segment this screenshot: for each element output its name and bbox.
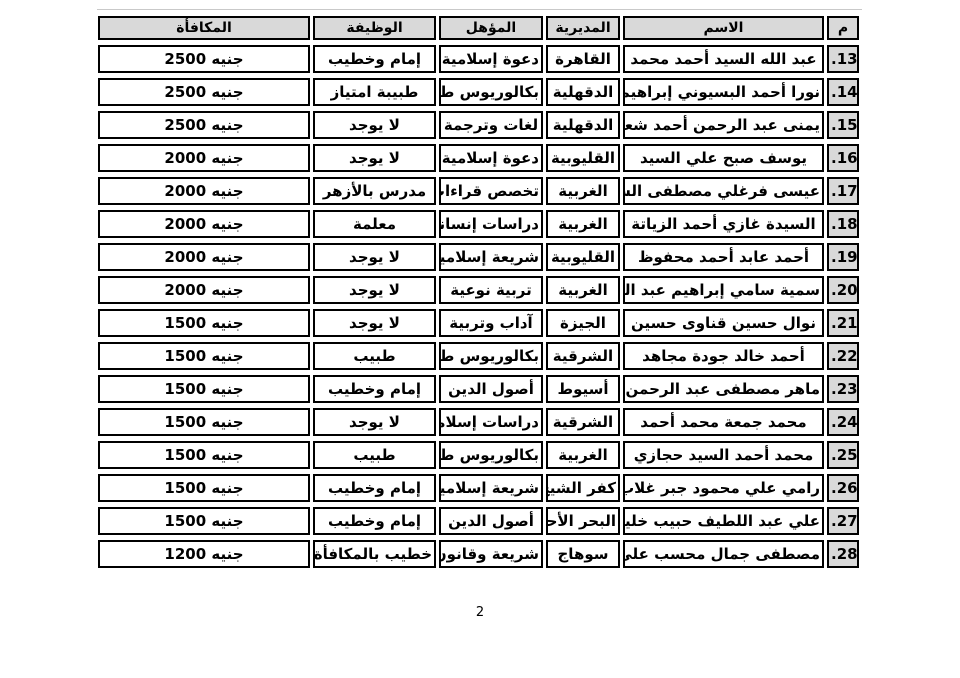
table-row: .16يوسف صبح علي السيدالقليوبيةدعوة إسلام… (98, 144, 859, 172)
cell-directorate: الدقهلية (546, 111, 620, 139)
cell-directorate: أسيوط (546, 375, 620, 403)
cell-number: .24 (827, 408, 859, 436)
cell-reward: 2000 جنيه (98, 210, 310, 238)
table-row: .13عبد الله السيد أحمد محمدالقاهرةدعوة إ… (98, 45, 859, 73)
cell-number: .13 (827, 45, 859, 73)
cell-job: طبيب (313, 342, 436, 370)
cell-name: نوال حسين قناوى حسين (623, 309, 824, 337)
table-header-row: م الاسم المديرية المؤهل الوظيفة المكافأة (98, 16, 859, 40)
cell-reward: 2500 جنيه (98, 45, 310, 73)
cell-job: لا يوجد (313, 243, 436, 271)
cell-name: أحمد عابد أحمد محفوظ (623, 243, 824, 271)
table-row: .23ماهر مصطفى عبد الرحمن عبد الحافظأسيوط… (98, 375, 859, 403)
table-row: .24محمد جمعة محمد أحمدالشرقيةدراسات إسلا… (98, 408, 859, 436)
cell-number: .28 (827, 540, 859, 568)
cell-name: سمية سامي إبراهيم عبد الدايم (623, 276, 824, 304)
cell-qualification: دعوة إسلامية (439, 144, 543, 172)
cell-reward: 1500 جنيه (98, 408, 310, 436)
page-top-rule (97, 9, 862, 10)
cell-qualification: دراسات إسلامية (439, 408, 543, 436)
cell-number: .27 (827, 507, 859, 535)
cell-reward: 1500 جنيه (98, 375, 310, 403)
cell-qualification: بكالوريوس طب (439, 78, 543, 106)
cell-reward: 1200 جنيه (98, 540, 310, 568)
cell-qualification: بكالوريوس طب (439, 441, 543, 469)
cell-number: .15 (827, 111, 859, 139)
cell-number: .20 (827, 276, 859, 304)
cell-job: معلمة (313, 210, 436, 238)
column-header-directorate: المديرية (546, 16, 620, 40)
table-row: .28مصطفى جمال محسب عليسوهاجشريعة وقانونخ… (98, 540, 859, 568)
cell-qualification: لغات وترجمة (439, 111, 543, 139)
cell-number: .21 (827, 309, 859, 337)
cell-qualification: شريعة إسلامية (439, 474, 543, 502)
cell-directorate: الشرقية (546, 342, 620, 370)
cell-directorate: الغربية (546, 177, 620, 205)
cell-directorate: البحر الأحمر (546, 507, 620, 535)
cell-qualification: تخصص قراءات (439, 177, 543, 205)
cell-name: مصطفى جمال محسب علي (623, 540, 824, 568)
cell-name: أحمد خالد جودة مجاهد (623, 342, 824, 370)
cell-job: طبيبة امتياز (313, 78, 436, 106)
column-header-number: م (827, 16, 859, 40)
cell-job: لا يوجد (313, 408, 436, 436)
cell-name: يمنى عبد الرحمن أحمد شعبان (623, 111, 824, 139)
table-row: .25محمد أحمد السيد حجازيالغربيةبكالوريوس… (98, 441, 859, 469)
cell-job: إمام وخطيب (313, 474, 436, 502)
document-page: م الاسم المديرية المؤهل الوظيفة المكافأة… (0, 0, 960, 678)
cell-job: لا يوجد (313, 111, 436, 139)
table-row: .18السيدة غازي أحمد الزياتةالغربيةدراسات… (98, 210, 859, 238)
cell-job: إمام وخطيب (313, 507, 436, 535)
cell-reward: 2000 جنيه (98, 177, 310, 205)
table-row: .20سمية سامي إبراهيم عبد الدايمالغربيةتر… (98, 276, 859, 304)
table-row: .14نورا أحمد البسيوني إبراهيمالدقهليةبكا… (98, 78, 859, 106)
recipients-table: م الاسم المديرية المؤهل الوظيفة المكافأة… (95, 11, 862, 573)
cell-name: علي عبد اللطيف حبيب خليف (623, 507, 824, 535)
cell-number: .18 (827, 210, 859, 238)
cell-directorate: سوهاج (546, 540, 620, 568)
cell-reward: 1500 جنيه (98, 309, 310, 337)
table-row: .22أحمد خالد جودة مجاهدالشرقيةبكالوريوس … (98, 342, 859, 370)
cell-number: .16 (827, 144, 859, 172)
cell-name: السيدة غازي أحمد الزياتة (623, 210, 824, 238)
cell-job: إمام وخطيب (313, 45, 436, 73)
cell-number: .23 (827, 375, 859, 403)
table-row: .15يمنى عبد الرحمن أحمد شعبانالدقهليةلغا… (98, 111, 859, 139)
cell-qualification: آداب وتربية (439, 309, 543, 337)
cell-directorate: الدقهلية (546, 78, 620, 106)
cell-job: لا يوجد (313, 144, 436, 172)
cell-name: رامي علي محمود جبر غلاب (623, 474, 824, 502)
cell-reward: 2000 جنيه (98, 243, 310, 271)
cell-name: يوسف صبح علي السيد (623, 144, 824, 172)
cell-directorate: الغربية (546, 441, 620, 469)
cell-qualification: دراسات إنسانية (439, 210, 543, 238)
cell-reward: 1500 جنيه (98, 342, 310, 370)
cell-job: طبيب (313, 441, 436, 469)
cell-reward: 2500 جنيه (98, 111, 310, 139)
cell-number: .22 (827, 342, 859, 370)
column-header-name: الاسم (623, 16, 824, 40)
cell-reward: 1500 جنيه (98, 441, 310, 469)
cell-qualification: دعوة إسلامية (439, 45, 543, 73)
cell-number: .26 (827, 474, 859, 502)
cell-job: خطيب بالمكافأة (313, 540, 436, 568)
cell-qualification: تربية نوعية (439, 276, 543, 304)
table-row: .26رامي علي محمود جبر غلابكفر الشيخشريعة… (98, 474, 859, 502)
cell-name: محمد جمعة محمد أحمد (623, 408, 824, 436)
cell-number: .14 (827, 78, 859, 106)
cell-job: لا يوجد (313, 309, 436, 337)
cell-directorate: القاهرة (546, 45, 620, 73)
column-header-reward: المكافأة (98, 16, 310, 40)
cell-name: محمد أحمد السيد حجازي (623, 441, 824, 469)
page-number: 2 (470, 605, 490, 620)
cell-job: إمام وخطيب (313, 375, 436, 403)
table-body: .13عبد الله السيد أحمد محمدالقاهرةدعوة إ… (98, 45, 859, 568)
cell-qualification: أصول الدين (439, 375, 543, 403)
table-row: .19أحمد عابد أحمد محفوظالقليوبيةشريعة إس… (98, 243, 859, 271)
cell-name: نورا أحمد البسيوني إبراهيم (623, 78, 824, 106)
cell-directorate: القليوبية (546, 144, 620, 172)
cell-reward: 2500 جنيه (98, 78, 310, 106)
cell-number: .19 (827, 243, 859, 271)
cell-qualification: أصول الدين (439, 507, 543, 535)
cell-qualification: بكالوريوس طب (439, 342, 543, 370)
cell-number: .25 (827, 441, 859, 469)
cell-reward: 1500 جنيه (98, 507, 310, 535)
cell-reward: 2000 جنيه (98, 276, 310, 304)
cell-directorate: القليوبية (546, 243, 620, 271)
cell-directorate: الغربية (546, 210, 620, 238)
table-row: .17عيسى فرغلي مصطفى السحيميالغربيةتخصص ق… (98, 177, 859, 205)
column-header-job: الوظيفة (313, 16, 436, 40)
cell-number: .17 (827, 177, 859, 205)
cell-job: لا يوجد (313, 276, 436, 304)
cell-reward: 1500 جنيه (98, 474, 310, 502)
cell-reward: 2000 جنيه (98, 144, 310, 172)
cell-directorate: كفر الشيخ (546, 474, 620, 502)
table-row: .27علي عبد اللطيف حبيب خليفالبحر الأحمرأ… (98, 507, 859, 535)
cell-qualification: شريعة وقانون (439, 540, 543, 568)
cell-directorate: الغربية (546, 276, 620, 304)
cell-name: ماهر مصطفى عبد الرحمن عبد الحافظ (623, 375, 824, 403)
cell-job: مدرس بالأزهر (313, 177, 436, 205)
cell-directorate: الشرقية (546, 408, 620, 436)
table-row: .21نوال حسين قناوى حسينالجيزةآداب وتربية… (98, 309, 859, 337)
cell-name: عبد الله السيد أحمد محمد (623, 45, 824, 73)
cell-qualification: شريعة إسلامية (439, 243, 543, 271)
cell-directorate: الجيزة (546, 309, 620, 337)
column-header-qualification: المؤهل (439, 16, 543, 40)
cell-name: عيسى فرغلي مصطفى السحيمي (623, 177, 824, 205)
